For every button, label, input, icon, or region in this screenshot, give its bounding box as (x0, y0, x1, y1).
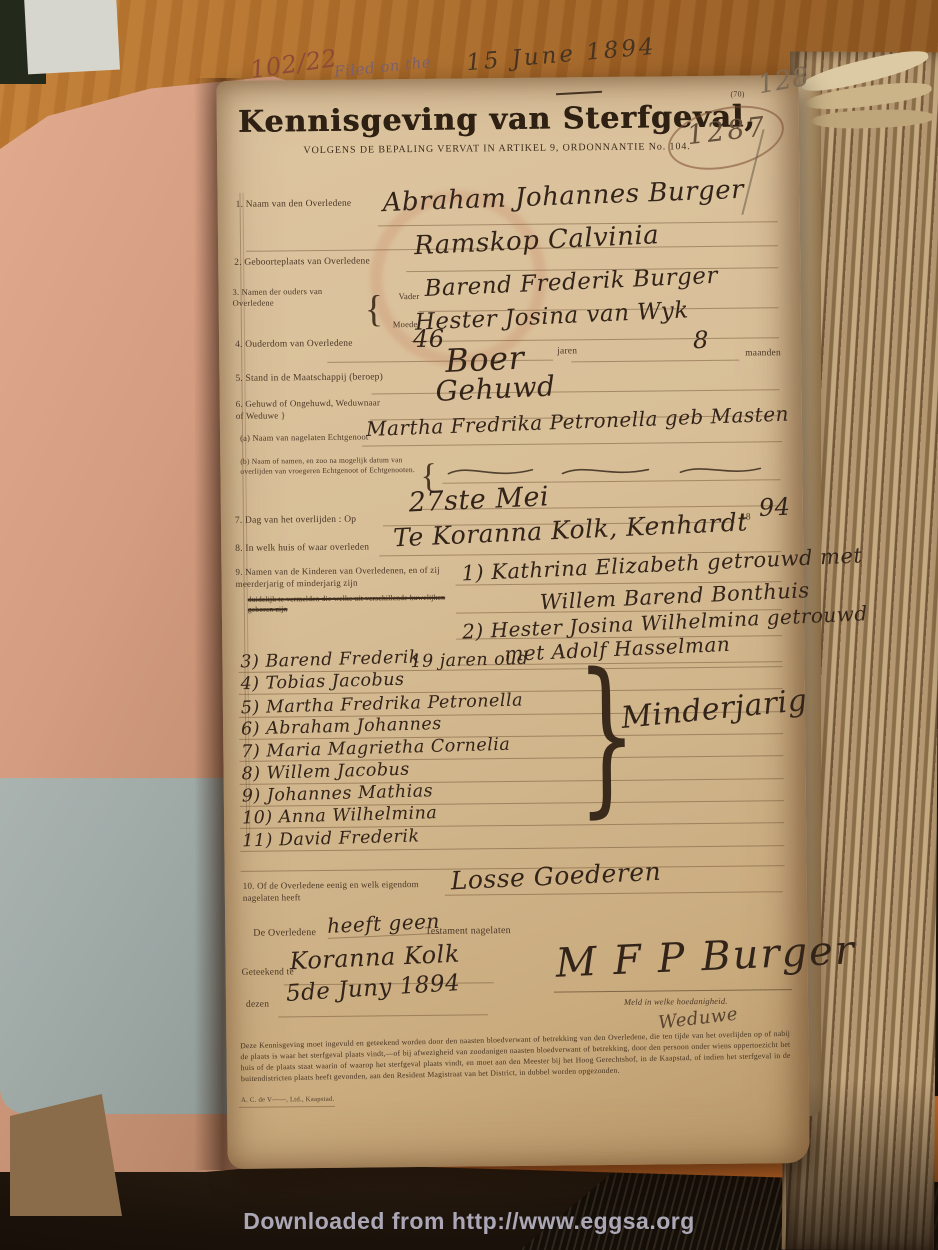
minor-child: 4) Tobias Jacobus (240, 670, 404, 695)
corner-code: (70) (730, 90, 744, 101)
row9-label: 9. Namen van de Kinderen van Overledenen… (235, 564, 467, 590)
minor-child: 11) David Frederik (242, 826, 420, 851)
document-page: Kennisgeving van Sterfgeval, VOLGENS DE … (216, 75, 809, 1169)
ruled-line (571, 360, 739, 363)
rowA-value: Martha Fredrika Petronella geb Masten (366, 402, 790, 441)
row7-year-value: 94 (758, 493, 791, 522)
rowB-label: (b) Naam of namen, en zoo na mogelijk da… (240, 455, 418, 476)
signature-underline (554, 989, 792, 992)
row3-label: 3. Namen der ouders van Overledene (232, 286, 364, 309)
ruled-line (278, 1014, 488, 1017)
rowA-label: (a) Naam van nagelaten Echtgenoot (240, 432, 368, 444)
minor-child: 8) Willem Jacobus (241, 760, 410, 785)
signed-place-value: Koranna Kolk (289, 940, 460, 976)
signed-date-value: 5de Juny 1894 (285, 970, 461, 1007)
row8-label: 8. In welk huis of waar overleden (235, 542, 369, 556)
vader-label: Vader (399, 291, 420, 302)
struck-note: duidelijk te vermelden die welke uit ver… (248, 593, 448, 615)
footnote-text: Deze Kennisgeving moet ingevuld en getee… (240, 1028, 791, 1085)
testament-prefix: De Overledene (253, 926, 316, 940)
ruled-line (372, 389, 780, 394)
row1-value: Abraham Johannes Burger (382, 175, 744, 218)
row6-label: 6. Gehuwd of Ongehuwd, Weduwnaar of Wedu… (236, 397, 386, 422)
row6-value: Gehuwd (435, 369, 556, 407)
watermark-text: Downloaded from http://www.eggsa.org (0, 1208, 938, 1235)
row5-label: 5. Stand in de Maatschappij (beroep) (235, 371, 383, 385)
row4-label: 4. Ouderdom van Overledene (235, 338, 353, 352)
row4-years-unit: jaren (557, 345, 577, 358)
minors-brace-label: Minderjarig (620, 683, 809, 736)
minor-child: 3) Barend Frederik (240, 647, 420, 672)
row2-label: 2. Geboorteplaats van Overledene (234, 255, 370, 269)
signed-place-label: Geteekend te (242, 966, 294, 979)
ruled-line (362, 441, 782, 446)
blank-flourish (444, 461, 764, 480)
row10-label: 10. Of de Overledene eenig en welk eigen… (243, 879, 433, 904)
photo-scene: Kennisgeving van Sterfgeval, VOLGENS DE … (0, 0, 938, 1250)
minor-child: 9) Johannes Mathias (242, 781, 434, 806)
signed-date-label: dezen (246, 999, 269, 1012)
imprint-underline (239, 1106, 335, 1108)
row4-years: 46 (413, 325, 445, 353)
row4-months-unit: maanden (745, 347, 781, 360)
row10-value: Losse Goederen (450, 857, 662, 896)
testament-suffix: Testament nagelaten (425, 924, 511, 938)
printer-imprint: A. C. de V——, Ltd., Kaapstad. (241, 1096, 335, 1106)
testament-written: heeft geen (327, 909, 441, 939)
minor-child: 6) Abraham Johannes (241, 714, 442, 740)
white-card (24, 0, 120, 74)
parents-brace: { (364, 285, 383, 335)
row7-value: 27ste Mei (408, 481, 550, 518)
row1-label: 1. Naam van den Overledene (236, 198, 352, 212)
row4-months: 8 (693, 326, 709, 354)
minor-child: 10) Anna Wilhelmina (242, 803, 438, 828)
row7-label: 7. Dag van het overlijden : Op (235, 514, 356, 528)
